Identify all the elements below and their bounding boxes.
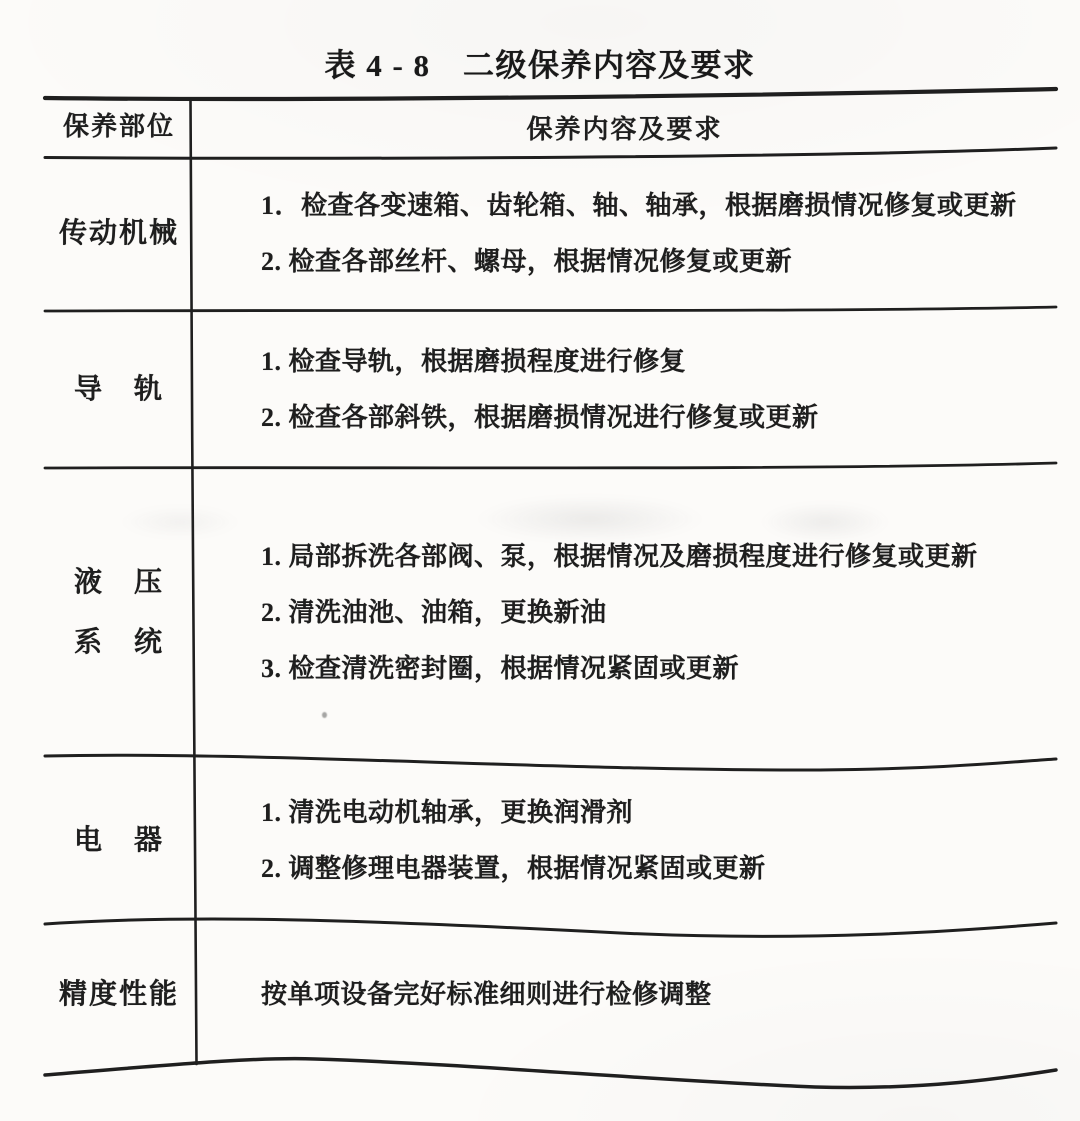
maintenance-item: 1. 检查导轨，根据磨损程度进行修复 bbox=[261, 334, 1056, 390]
row-content: 1. 清洗电动机轴承，更换润滑剂 2. 调整修理电器装置，根据情况紧固或更新 bbox=[193, 757, 1056, 925]
maintenance-item: 2. 调整修理电器装置，根据情况紧固或更新 bbox=[261, 841, 1056, 897]
table-header-row: 保养部位 保养内容及要求 bbox=[45, 97, 1056, 157]
table-row: 导 轨 1. 检查导轨，根据磨损程度进行修复 2. 检查各部斜铁，根据磨损情况进… bbox=[45, 311, 1056, 468]
table-row: 传动机械 1．检查各变速箱、齿轮箱、轴、轴承，根据磨损情况修复或更新 2. 检查… bbox=[45, 157, 1056, 311]
row-label-line: 传动机械 bbox=[59, 204, 179, 264]
row-label: 导 轨 bbox=[45, 311, 193, 468]
row-content: 1．检查各变速箱、齿轮箱、轴、轴承，根据磨损情况修复或更新 2. 检查各部丝杆、… bbox=[193, 157, 1056, 311]
header-content-column: 保养内容及要求 bbox=[193, 97, 1056, 157]
row-label-line: 系 统 bbox=[74, 613, 164, 673]
row-content: 按单项设备完好标准细则进行检修调整 bbox=[193, 925, 1056, 1064]
maintenance-item: 2. 清洗油池、油箱，更换新油 bbox=[261, 585, 1056, 641]
maintenance-item: 1. 清洗电动机轴承，更换润滑剂 bbox=[261, 785, 1056, 841]
row-label: 传动机械 bbox=[45, 157, 193, 311]
row-label: 电 器 bbox=[45, 757, 193, 925]
maintenance-table: 保养部位 保养内容及要求 传动机械 1．检查各变速箱、齿轮箱、轴、轴承，根据磨损… bbox=[45, 97, 1056, 1064]
maintenance-item: 按单项设备完好标准细则进行检修调整 bbox=[261, 967, 1056, 1023]
row-label-line: 精度性能 bbox=[59, 965, 179, 1025]
row-label-line: 导 轨 bbox=[74, 360, 164, 420]
row-label: 液 压 系 统 bbox=[45, 468, 193, 757]
row-content: 1. 局部拆洗各部阀、泵，根据情况及磨损程度进行修复或更新 2. 清洗油池、油箱… bbox=[193, 468, 1056, 757]
table-row: 液 压 系 统 1. 局部拆洗各部阀、泵，根据情况及磨损程度进行修复或更新 2.… bbox=[45, 468, 1056, 757]
maintenance-item: 1．检查各变速箱、齿轮箱、轴、轴承，根据磨损情况修复或更新 bbox=[261, 178, 1056, 234]
table-row: 电 器 1. 清洗电动机轴承，更换润滑剂 2. 调整修理电器装置，根据情况紧固或… bbox=[45, 757, 1056, 925]
row-label-line: 液 压 bbox=[74, 553, 164, 613]
table-row: 精度性能 按单项设备完好标准细则进行检修调整 bbox=[45, 925, 1056, 1064]
maintenance-item: 2. 检查各部斜铁，根据磨损情况进行修复或更新 bbox=[261, 390, 1056, 446]
row-content: 1. 检查导轨，根据磨损程度进行修复 2. 检查各部斜铁，根据磨损情况进行修复或… bbox=[193, 311, 1056, 468]
maintenance-item: 2. 检查各部丝杆、螺母，根据情况修复或更新 bbox=[261, 234, 1056, 290]
row-label-line: 电 器 bbox=[74, 811, 164, 871]
row-label: 精度性能 bbox=[45, 925, 193, 1064]
header-part-column: 保养部位 bbox=[45, 97, 193, 157]
scanned-page: 表 4 - 8 二级保养内容及要求 保养部位 保养内容及要求 传动机械 1． bbox=[0, 0, 1080, 1121]
maintenance-item: 1. 局部拆洗各部阀、泵，根据情况及磨损程度进行修复或更新 bbox=[261, 529, 1056, 585]
header-content-label: 保养内容及要求 bbox=[526, 109, 722, 146]
maintenance-item: 3. 检查清洗密封圈，根据情况紧固或更新 bbox=[261, 641, 1056, 697]
table-title: 表 4 - 8 二级保养内容及要求 bbox=[0, 40, 1080, 85]
